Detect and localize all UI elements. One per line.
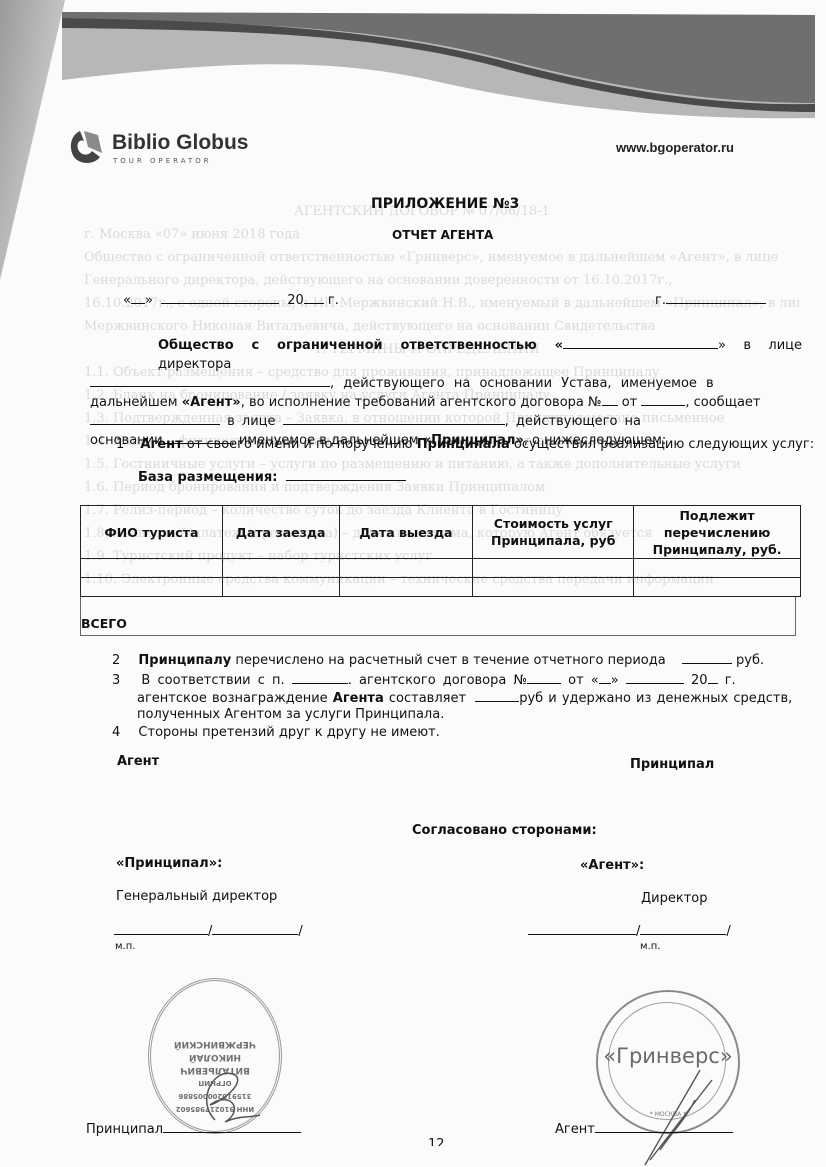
table-cell[interactable] bbox=[81, 559, 223, 578]
logo-subtitle: TOUR OPERATOR bbox=[113, 157, 212, 165]
agent-seal-mark: м.п. bbox=[640, 941, 660, 952]
day-field[interactable] bbox=[131, 291, 145, 304]
principal-sign-label: «Принципал»: bbox=[116, 856, 222, 871]
table-header-row: ФИО туриста Дата заезда Дата выезда Стои… bbox=[81, 506, 801, 559]
accommodation-field[interactable] bbox=[286, 468, 406, 481]
item-3: 3 В соответствии с п. . агентского догов… bbox=[112, 671, 736, 688]
principal-seal-mark: м.п. bbox=[115, 941, 135, 952]
agent-signature-line: // bbox=[528, 922, 731, 939]
table-cell[interactable] bbox=[339, 578, 473, 597]
agent-name-field[interactable] bbox=[640, 922, 726, 935]
logo-name: Biblio Globus bbox=[112, 131, 249, 155]
report-table: ФИО туриста Дата заезда Дата выезда Стои… bbox=[80, 505, 801, 597]
website-link[interactable]: www.bgoperator.ru bbox=[616, 140, 734, 155]
item-3-line-3: полученных Агентом за услуги Принципала. bbox=[137, 707, 444, 722]
contract-day-field[interactable] bbox=[599, 671, 611, 684]
principal-representative-field[interactable] bbox=[283, 412, 505, 425]
director-name-field[interactable] bbox=[90, 374, 330, 387]
page-number: 12 bbox=[428, 1137, 445, 1146]
intro-paragraph: Общество с ограниченной ответственностью… bbox=[90, 336, 802, 450]
table-cell[interactable] bbox=[634, 559, 801, 578]
footer-agent-sign: Агент bbox=[555, 1120, 733, 1137]
agent-company-field[interactable] bbox=[563, 336, 718, 349]
city-field[interactable] bbox=[666, 291, 766, 304]
table-row bbox=[81, 559, 801, 578]
table-cell[interactable] bbox=[222, 578, 339, 597]
principal-signature-line: // bbox=[114, 922, 303, 939]
principal-position: Генеральный директор bbox=[116, 889, 277, 904]
year-field[interactable] bbox=[304, 291, 324, 304]
item-1: 1 Агент от своего имени и по поручению П… bbox=[116, 437, 814, 452]
contract-number-field[interactable] bbox=[602, 393, 618, 406]
agent-handwritten-signature bbox=[640, 1040, 720, 1167]
principal-company-field[interactable] bbox=[90, 412, 220, 425]
item-4: 4 Стороны претензий друг к другу не имею… bbox=[112, 725, 440, 740]
party-agent-label: Агент bbox=[117, 754, 159, 769]
table-cell[interactable] bbox=[473, 559, 634, 578]
agreed-heading: Согласовано сторонами: bbox=[412, 823, 597, 838]
document-page: АГЕНТСКИЙ ДОГОВОР № 07/06/18-1 г. Москва… bbox=[0, 0, 826, 1167]
table-cell[interactable] bbox=[222, 559, 339, 578]
table-row bbox=[81, 578, 801, 597]
document-title: ПРИЛОЖЕНИЕ №3 bbox=[371, 196, 519, 212]
table-total-row: ВСЕГО bbox=[80, 597, 796, 636]
accommodation-line: База размещения: bbox=[138, 468, 406, 485]
clause-number-field[interactable] bbox=[292, 671, 348, 684]
agent-signature-field[interactable] bbox=[528, 922, 636, 935]
city-line: г. bbox=[655, 291, 766, 308]
party-principal-label: Принципал bbox=[630, 757, 714, 772]
col-service-cost: Стоимость услуг Принципала, руб bbox=[473, 506, 634, 559]
item-2: 2 Принципалу перечислено на расчетный сч… bbox=[112, 651, 764, 668]
principal-signature-field[interactable] bbox=[114, 922, 208, 935]
document-subtitle: ОТЧЕТ АГЕНТА bbox=[392, 228, 493, 242]
table-cell[interactable] bbox=[473, 578, 634, 597]
table-cell[interactable] bbox=[339, 559, 473, 578]
table-cell[interactable] bbox=[81, 578, 223, 597]
principal-name-field[interactable] bbox=[212, 922, 298, 935]
agent-sign-label: «Агент»: bbox=[580, 858, 644, 873]
col-arrival-date: Дата заезда bbox=[222, 506, 339, 559]
footer-principal-signature-field[interactable] bbox=[163, 1120, 301, 1133]
agent-fee-field[interactable] bbox=[475, 689, 519, 702]
transferred-amount-field[interactable] bbox=[682, 651, 732, 664]
date-line: «» 20 г. bbox=[123, 291, 339, 308]
biblio-globus-logo-icon bbox=[66, 127, 106, 167]
footer-agent-signature-field[interactable] bbox=[595, 1120, 733, 1133]
month-field[interactable] bbox=[161, 291, 279, 304]
header-wave-banner bbox=[0, 0, 826, 125]
contract-month-field[interactable] bbox=[626, 671, 684, 684]
total-label: ВСЕГО bbox=[81, 616, 127, 631]
item-3-line-2: агентское вознаграждение Агента составля… bbox=[137, 689, 792, 706]
footer-principal-sign: Принципал bbox=[86, 1120, 301, 1137]
col-payable-to-principal: Подлежит перечислению Принципалу, руб. bbox=[634, 506, 801, 559]
contract-year-field[interactable] bbox=[708, 671, 718, 684]
contract-number-field-2[interactable] bbox=[527, 671, 561, 684]
table-cell[interactable] bbox=[634, 578, 801, 597]
col-departure-date: Дата выезда bbox=[339, 506, 473, 559]
col-tourist-name: ФИО туриста bbox=[81, 506, 223, 559]
contract-date-field[interactable] bbox=[641, 393, 685, 406]
agent-position: Директор bbox=[641, 891, 708, 906]
